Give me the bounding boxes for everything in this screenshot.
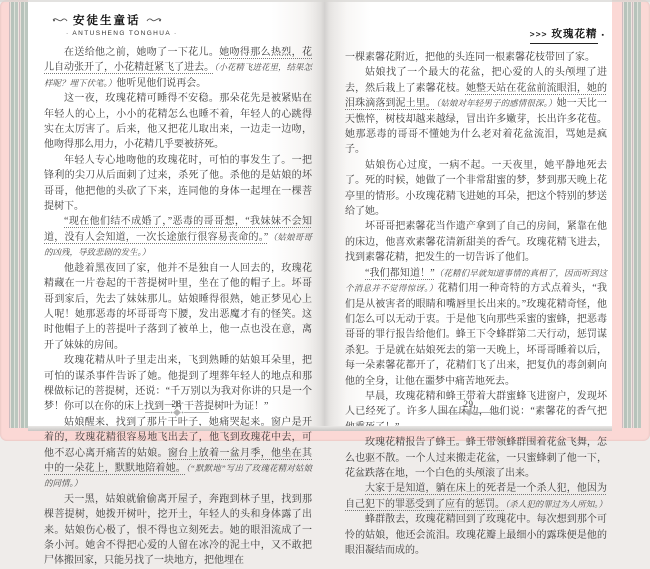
chapter-header-group: >>> 玫瑰花精	[530, 26, 598, 44]
paragraph: 这一夜，玫瑰花精可睡得不安稳。那朵花先是被紧贴在年轻人的心上，小小的花精怎么也睡…	[44, 91, 312, 153]
chapter-title: 玫瑰花精	[552, 26, 598, 41]
text-segment-normal: 花精们用一种奇特的方式点着头，“我们是从被害者的眼睛和嘴唇里长出来的。”玫瑰花精…	[345, 283, 607, 386]
right-page-body: 一棵素馨花附近，把他的头连同一根素馨花枝带回了家。姑娘找了一个最大的花盆，把心爱…	[325, 44, 612, 441]
book-title: 安徒生童话	[73, 12, 141, 28]
book-spread: 安徒生童话 · ANTUSHENG TONGHUA · 在送给他之前，她吻了一下…	[0, 0, 650, 441]
text-segment-normal: 这一夜，玫瑰花精可睡得不安稳。那朵花先是被紧贴在年轻人的心上，小小的花精怎么也睡…	[44, 93, 312, 150]
page-left: 安徒生童话 · ANTUSHENG TONGHUA · 在送给他之前，她吻了一下…	[28, 0, 325, 426]
line-diamond-flourish-icon	[145, 408, 209, 417]
paragraph: 玫瑰花精报告了蜂王。蜂王带领蜂群围着花盆飞舞，怎么也驱不散。一个人过来搬走花盆，…	[345, 435, 607, 441]
paragraph: 年轻人专心地吻他的玫瑰花时，可怕的事发生了。一把锋利的尖刀从后面刺了过来，杀死了…	[44, 153, 312, 215]
paragraph: “现在他们结不成婚了，”恶毒的哥哥想，“我妹妹不会知道，没有人会知道，一次长途旅…	[44, 214, 312, 260]
right-page-header: >>> 玫瑰花精 ▪	[325, 26, 604, 44]
paragraph: 坏哥哥把素馨花当作遗产拿到了自己的房间，紧靠在他的床边，他喜欢素馨花清新甜美的香…	[345, 219, 607, 265]
text-segment-underline: “我们都知道！”	[365, 268, 435, 279]
paragraph: 他趁着黑夜回了家，他并不是独自一人回去的，玫瑰花精藏在一片卷起的干菩提树叶里，坐…	[44, 261, 312, 353]
book-subtitle: · ANTUSHENG TONGHUA ·	[66, 30, 325, 37]
vine-flourish-icon	[146, 16, 162, 24]
text-segment-annotation: （姑娘对年轻男子的感情很深。）	[436, 98, 557, 108]
paragraph: 一棵素馨花附近，把他的头连同一根素馨花枝带回了家。	[345, 50, 607, 65]
top-edge-line	[0, 0, 650, 2]
chevrons-icon: >>>	[530, 29, 548, 39]
bottom-page-edge	[28, 426, 612, 431]
text-segment-normal: 姑娘伤心过度，一病不起。一天夜里，她平静地死去了。死的时候，她做了一个非常甜蜜的…	[345, 160, 607, 217]
paragraph: “我们都知道！”（花精们早就知道事情的真相了，因而听到这个消息并不觉得惊讶。）花…	[345, 266, 607, 389]
paragraph: 姑娘伤心过度，一病不起。一天夜里，她平静地死去了。死的时候，她做了一个非常甜蜜的…	[345, 158, 607, 220]
text-segment-normal: 他听见他们说再会。	[116, 78, 206, 89]
paragraph: 在送给他之前，她吻了一下花儿。她吻得那么热烈，花儿自动张开了，小花精赶紧飞了进去…	[44, 45, 312, 91]
page-edges-right	[622, 2, 641, 428]
text-segment-normal: 年轻人专心地吻他的玫瑰花时，可怕的事发生了。一把锋利的尖刀从后面刺了过来，杀死了…	[44, 155, 312, 212]
line-diamond-flourish-icon	[437, 408, 501, 417]
vine-flourish-icon	[52, 16, 68, 24]
page-edges-left	[9, 2, 28, 428]
left-page-footer: 28	[28, 399, 325, 417]
text-segment-normal: 他趁着黑夜回了家，他并不是独自一人回去的，玫瑰花精藏在一片卷起的干菩提树叶里，坐…	[44, 263, 312, 351]
text-segment-normal: 玫瑰花精报告了蜂王。蜂王带领蜂群围着花盆飞舞，怎么也驱不散。一个人过来搬走花盆，…	[345, 437, 607, 441]
paragraph: 姑娘找了一个最大的花盆，把心爱的人的头颅埋了进去，然后栽上了素馨花枝。她整天站在…	[345, 65, 607, 157]
text-segment-normal: 坏哥哥把素馨花当作遗产拿到了自己的房间，紧靠在他的床边，他喜欢素馨花清新甜美的香…	[345, 221, 607, 263]
left-page-body: 在送给他之前，她吻了一下花儿。她吻得那么热烈，花儿自动张开了，小花精赶紧飞了进去…	[28, 41, 325, 441]
text-segment-normal: 在送给他之前，她吻了一下花儿。	[64, 47, 219, 58]
left-page-header: 安徒生童话 · ANTUSHENG TONGHUA ·	[52, 12, 325, 37]
right-page-footer: 29	[325, 399, 612, 417]
page-right: >>> 玫瑰花精 ▪ 一棵素馨花附近，把他的头连同一根素馨花枝带回了家。姑娘找了…	[325, 0, 612, 426]
bullet-icon: ▪	[602, 31, 604, 39]
text-segment-normal: 一棵素馨花附近，把他的头连同一根素馨花枝带回了家。	[345, 52, 595, 63]
